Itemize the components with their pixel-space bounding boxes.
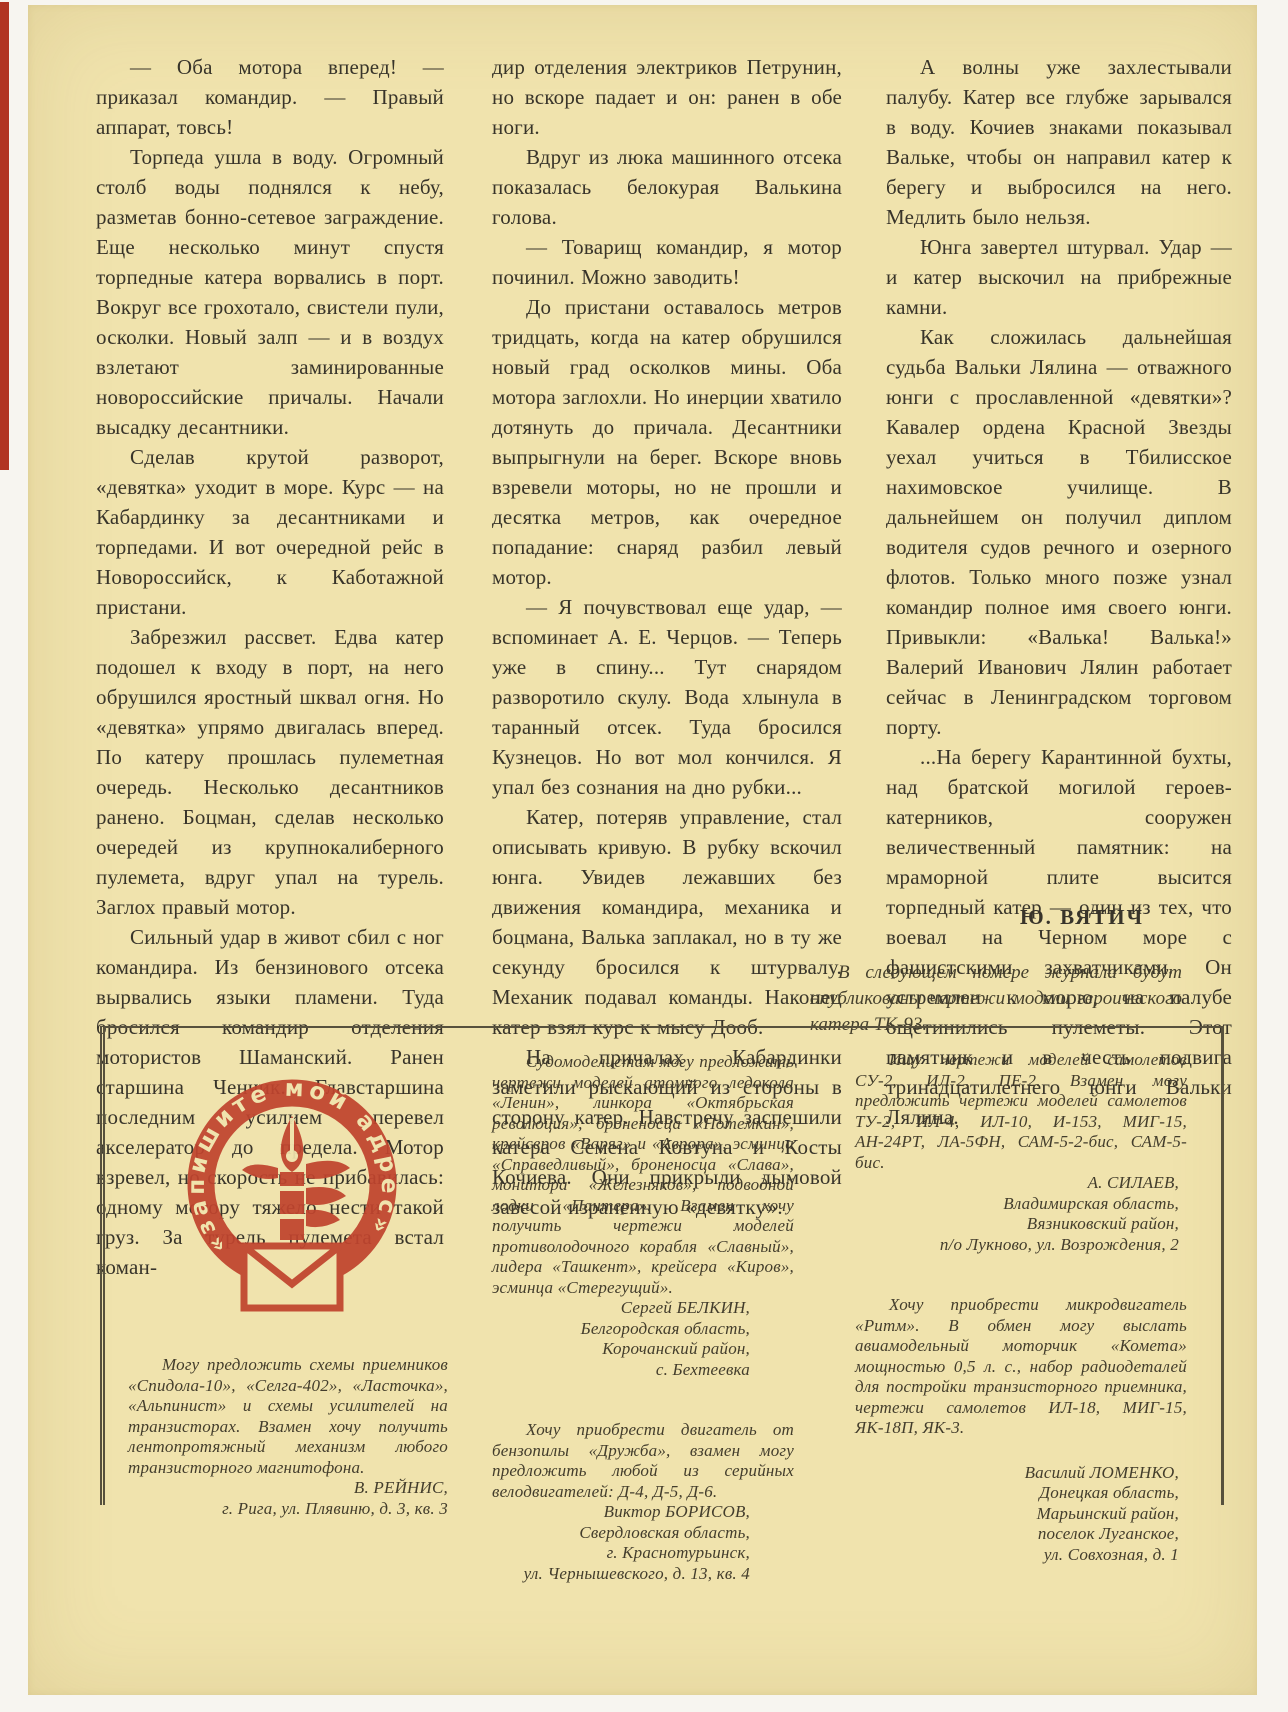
story-paragraph: А волны уже захлестывали палубу. Катер в… — [886, 52, 1232, 232]
ad-text: поселок Луганское, — [855, 1524, 1187, 1545]
story-paragraph: — Я почувствовал еще удар, — вспоминает … — [492, 592, 842, 802]
ad-text: Вязниковский район, — [855, 1214, 1187, 1235]
story-paragraph: Как сложилась дальнейшая судьба Вальки Л… — [886, 322, 1232, 742]
binding-edge — [0, 2, 9, 470]
ad-text: ул. Совхозная, д. 1 — [855, 1545, 1187, 1566]
ad-text: Ищу чертежи моделей самолетов СУ-2, ИЛ-2… — [855, 1050, 1187, 1173]
story-paragraph: Торпеда ушла в воду. Огромный столб воды… — [96, 142, 444, 442]
ad-text: Донецкая область, — [855, 1483, 1187, 1504]
story-paragraph: Забрезжил рассвет. Едва катер подошел к … — [96, 622, 444, 922]
author-byline: Ю. ВЯТИЧ — [886, 905, 1232, 930]
story-paragraph: Вдруг из люка машинного отсека показалас… — [492, 142, 842, 232]
ad-text: Марьинский район, — [855, 1504, 1187, 1525]
ad-text: Белгородская область, — [492, 1319, 794, 1340]
ad-text: ул. Чернышевского, д. 13, кв. 4 — [492, 1564, 794, 1585]
ad-text: п/о Лукново, ул. Возрождения, 2 — [855, 1235, 1187, 1256]
ad-text: Владимирская область, — [855, 1194, 1187, 1215]
story-paragraph: Сделав крутой разворот, «девятка» уходит… — [96, 442, 444, 622]
zapishite-moy-adres-stamp-icon: «запишите мой адрес» — [178, 1068, 408, 1328]
ad-text: Свердловская область, — [492, 1523, 794, 1544]
ad-text: Судомоделистам могу предложить чертежи м… — [492, 1052, 794, 1298]
ad-text: Хочу приобрести двигатель от бензопилы «… — [492, 1420, 794, 1502]
ad-text: Виктор БОРИСОВ, — [492, 1502, 794, 1523]
ad-text: Сергей БЕЛКИН, — [492, 1298, 794, 1319]
story-paragraph: До пристани оставалось метров тридцать, … — [492, 292, 842, 592]
ad-text: А. СИЛАЕВ, — [855, 1173, 1187, 1194]
story-paragraph: — Оба мотора вперед! — приказал командир… — [96, 52, 444, 142]
story-paragraph: Юнга завертел штурвал. Удар — и катер вы… — [886, 232, 1232, 322]
ads-column-right: Ищу чертежи моделей самолетов СУ-2, ИЛ-2… — [855, 1050, 1187, 1565]
scanned-magazine-page: — Оба мотора вперед! — приказал командир… — [0, 0, 1288, 1712]
ads-column-left: Могу предложить схемы приемников «Спидол… — [128, 1355, 448, 1519]
ad-text: Василий ЛОМЕНКО, — [855, 1463, 1187, 1484]
ad-text: Могу предложить схемы приемников «Спидол… — [128, 1355, 448, 1478]
story-paragraph: — Товарищ командир, я мотор починил. Мож… — [492, 232, 842, 292]
story-paragraph: Катер, потеряв управление, стал описыват… — [492, 802, 842, 1042]
ad-text: Корочанский район, — [492, 1339, 794, 1360]
ad-text: Хочу приобрести микродвигатель «Ритм». В… — [855, 1295, 1187, 1439]
ads-column-middle: Судомоделистам могу предложить чертежи м… — [492, 1052, 794, 1584]
story-paragraph: дир отделения электриков Петрунин, но вс… — [492, 52, 842, 142]
ad-text: с. Бехтеевка — [492, 1360, 794, 1381]
ad-text: В. РЕЙНИС, — [128, 1478, 448, 1499]
ad-text: г. Рига, ул. Плявиню, д. 3, кв. 3 — [128, 1499, 448, 1520]
ad-text: г. Краснотурьинск, — [492, 1543, 794, 1564]
